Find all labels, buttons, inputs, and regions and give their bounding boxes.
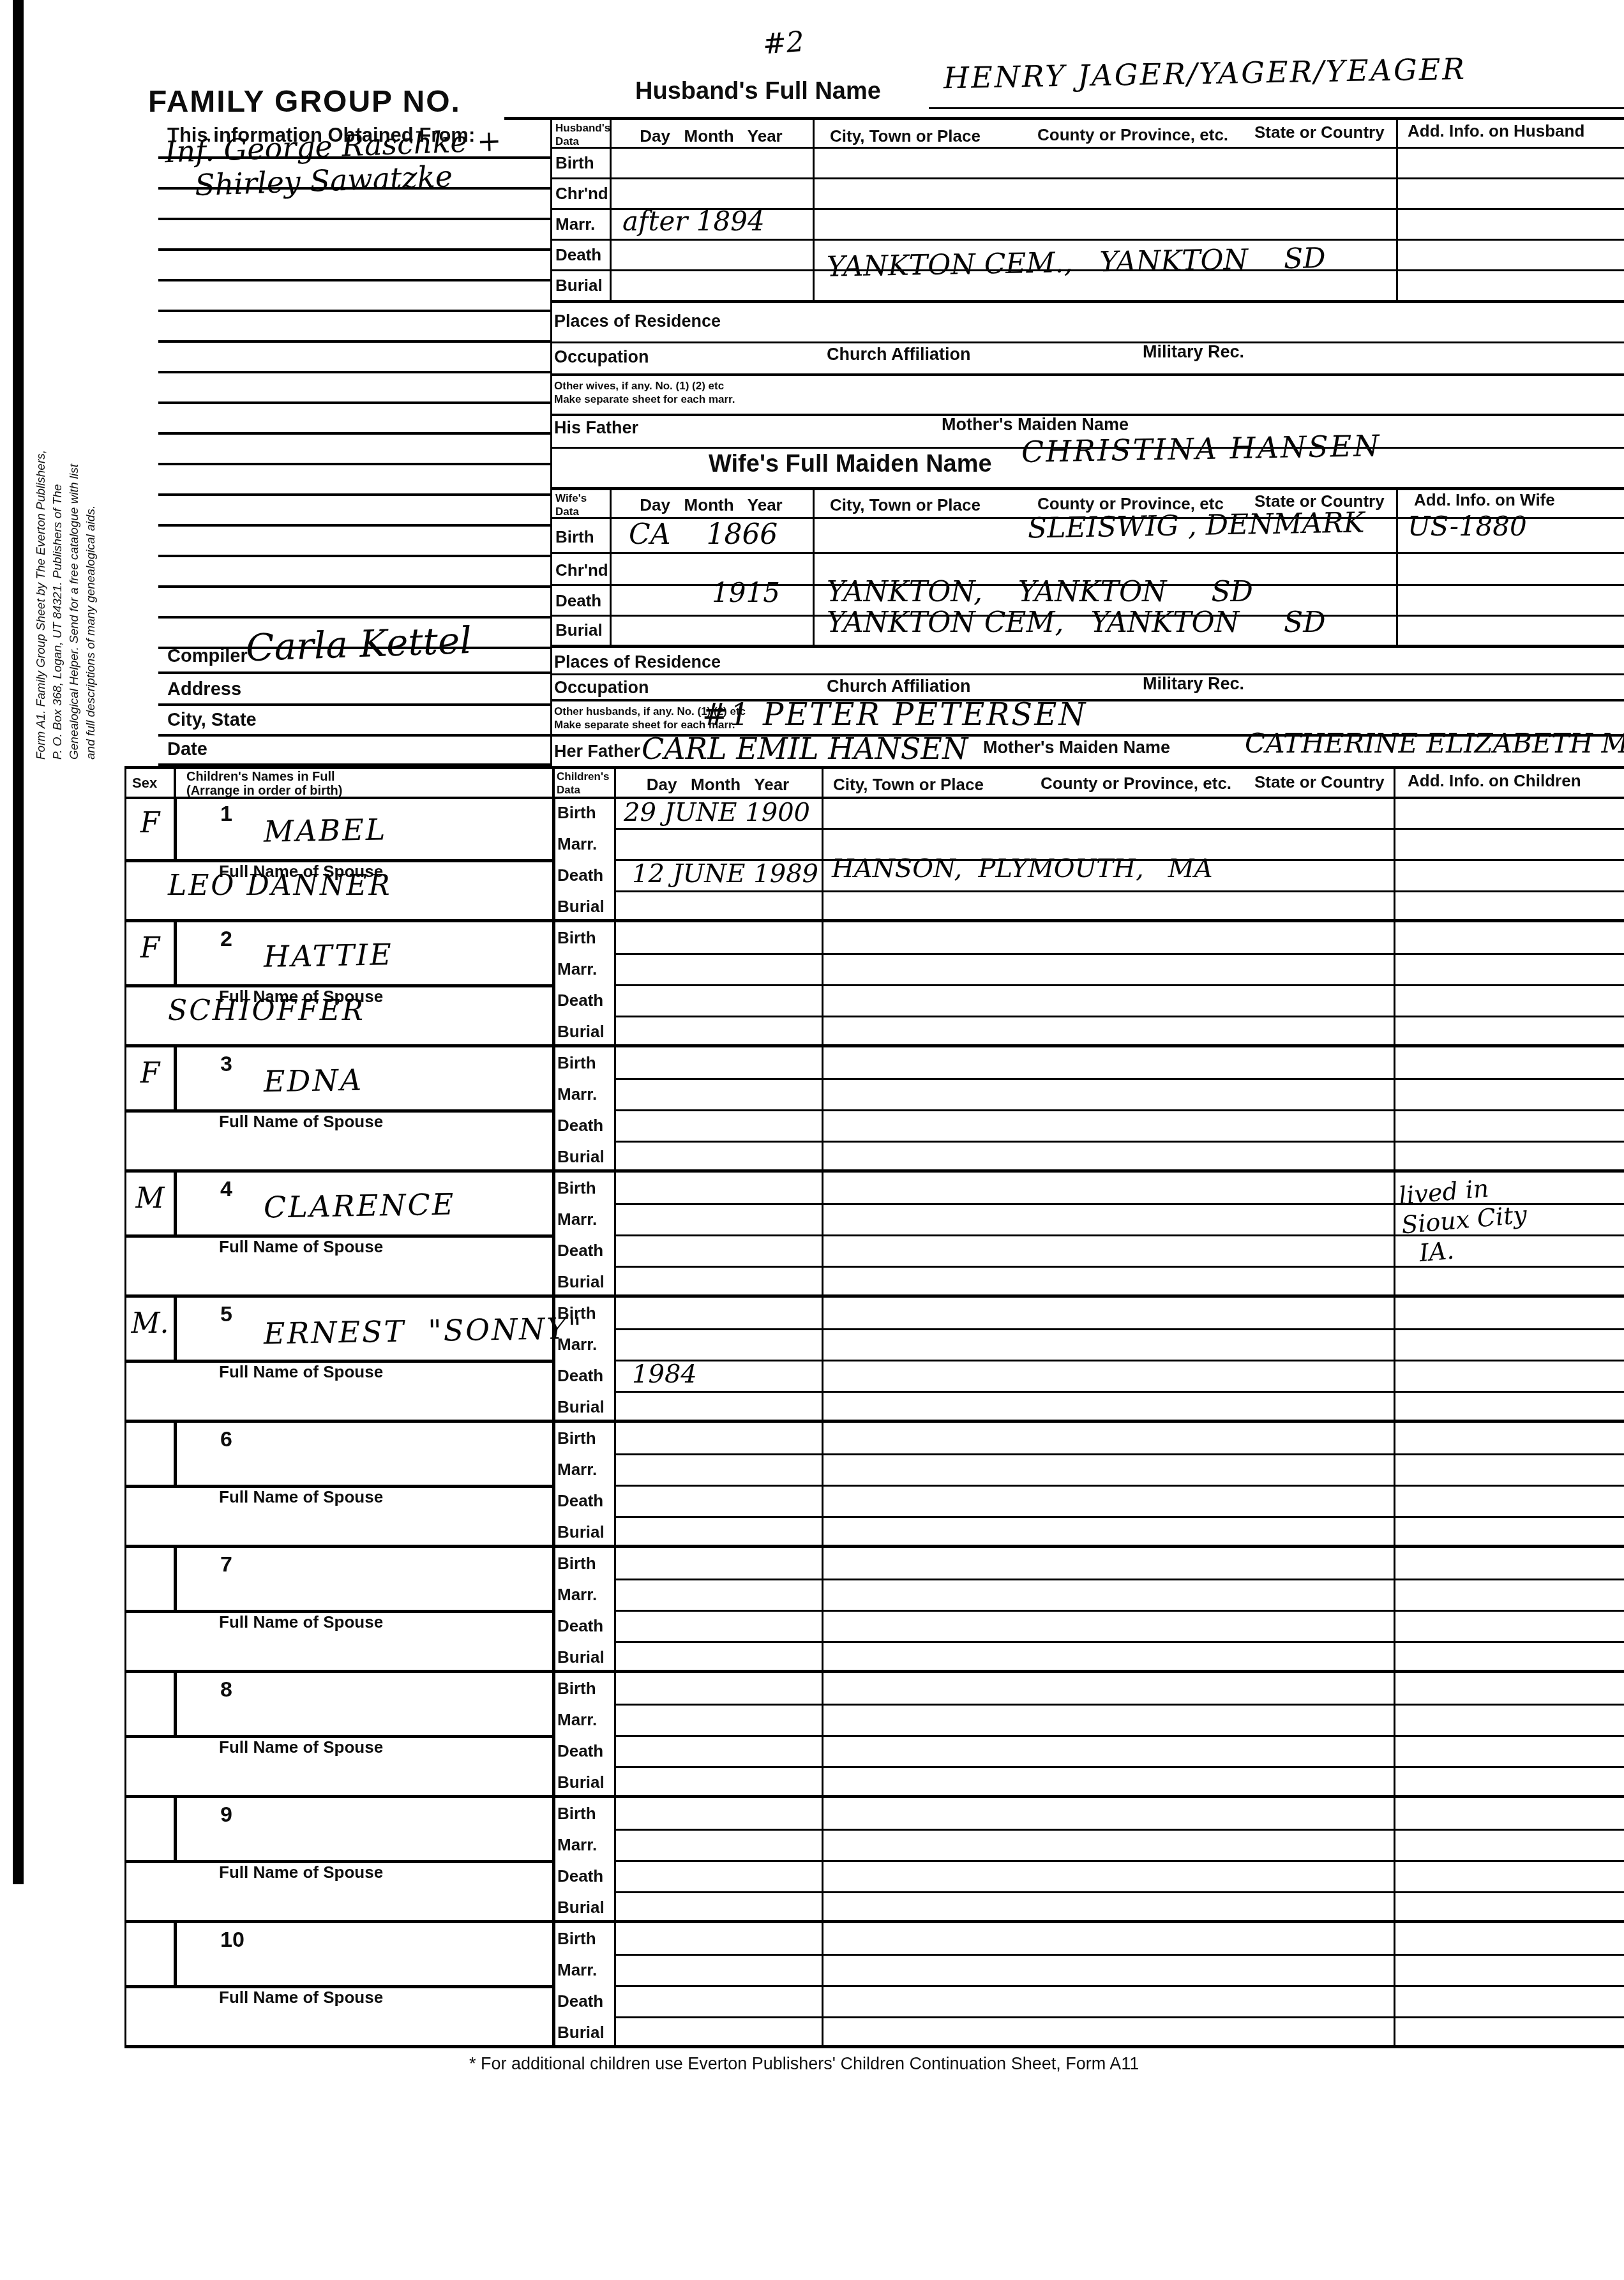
husband-row-birth: Birth (555, 153, 594, 173)
grid-line (124, 766, 1624, 769)
child-number: 6 (220, 1427, 232, 1452)
wife-data-column-label: Wife's Data (555, 491, 587, 518)
grid-line (174, 1297, 177, 1360)
child-row-death-label: Death (557, 866, 616, 885)
grid-line (614, 1860, 1624, 1862)
wife-row-chrnd: Chr'nd (555, 560, 608, 580)
children-col-county: County or Province, etc. (1041, 774, 1231, 793)
wife-mother-label: Mother's Maiden Name (983, 738, 1170, 758)
child-row-birth-label: Birth (557, 1303, 616, 1323)
ruled-line (158, 616, 550, 619)
child-death-date-handwriting: 1984 (632, 1360, 697, 1389)
child-row-marr-label: Marr. (557, 1084, 616, 1104)
husband-row-death: Death (555, 245, 601, 265)
publisher-sidebar: Form A1. Family Group Sheet by The Evert… (33, 377, 100, 760)
grid-line (550, 673, 1624, 675)
grid-line (614, 1485, 1624, 1487)
husband-col-add-info: Add. Info. on Husband (1408, 121, 1584, 141)
child-row-birth-label: Birth (557, 1429, 616, 1448)
ruled-line (158, 585, 550, 588)
sidebar-line: and full descriptions of many genealogic… (83, 377, 100, 760)
grid-line (1394, 766, 1395, 797)
page-title: FAMILY GROUP NO. (148, 84, 461, 119)
grid-line (614, 1109, 1624, 1111)
grid-line (614, 1141, 1624, 1143)
grid-line (174, 797, 177, 859)
spouse-name-handwriting: SCHIOFFER (168, 994, 365, 1027)
husband-military-label: Military Rec. (1143, 342, 1244, 362)
grid-line (614, 1453, 1624, 1455)
child-sex-handwriting: F (131, 1057, 169, 1090)
child-row-burial-label: Burial (557, 1647, 616, 1667)
spouse-name-handwriting: LEO DANNER (168, 869, 392, 902)
grid-line (614, 1891, 1624, 1893)
grid-line (550, 239, 1624, 241)
grid-line (550, 552, 1624, 554)
child-name-handwriting: ERNEST "SONNY" (264, 1311, 584, 1351)
spouse-label: Full Name of Spouse (219, 1612, 383, 1632)
wife-mother-handwriting: CATHERINE ELIZABETH MENG (1245, 728, 1624, 759)
grid-line (614, 1579, 1624, 1580)
grid-line (614, 1641, 1624, 1643)
child-record: M 4 CLARENCE Full Name of Spouse Birth M… (124, 1172, 1624, 1297)
grid-line (614, 984, 1624, 986)
footnote: * For additional children use Everton Pu… (469, 2054, 1139, 2074)
child-row-burial-label: Burial (557, 1773, 616, 1792)
child-death-place-handwriting: HANSON, PLYMOUTH, MA (832, 854, 1213, 883)
child-add-info-handwriting: lived in Sioux City IA. (1397, 1171, 1530, 1270)
grid-line (550, 645, 1624, 648)
grid-line (174, 766, 176, 797)
sidebar-line: P. O. Box 368, Logan, UT 84321. Publishe… (50, 377, 66, 760)
sidebar-line: Form A1. Family Group Sheet by The Evert… (33, 377, 50, 760)
child-row-burial-label: Burial (557, 1022, 616, 1042)
spouse-label: Full Name of Spouse (219, 1487, 383, 1507)
child-sex-handwriting: F (131, 932, 169, 964)
sidebar-line: Genealogical Helper. Send for a free cat… (66, 377, 83, 760)
husband-mother-label: Mother's Maiden Name (942, 415, 1129, 435)
child-record: 8 Full Name of Spouse Birth Marr. Death … (124, 1672, 1624, 1797)
child-row-burial-label: Burial (557, 1272, 616, 1292)
ruled-line (158, 340, 550, 343)
ruled-line (158, 156, 550, 159)
husband-burial-handwriting: YANKTON CEM., YANKTON SD (827, 242, 1326, 283)
wife-col-add-info: Add. Info. on Wife (1414, 490, 1555, 510)
child-number: 2 (220, 927, 232, 952)
grid-line (550, 300, 1624, 303)
grid-line (614, 953, 1624, 955)
wife-col-day-month-year: Day Month Year (610, 495, 813, 515)
child-name-handwriting: EDNA (264, 1063, 364, 1099)
husband-col-county: County or Province, etc. (1037, 125, 1228, 145)
child-row-burial-label: Burial (557, 1147, 616, 1167)
grid-line (550, 147, 1624, 149)
family-group-sheet: Form A1. Family Group Sheet by The Evert… (0, 0, 1624, 2280)
spouse-label: Full Name of Spouse (219, 1737, 383, 1757)
child-number: 1 (220, 802, 232, 827)
child-row-birth-label: Birth (557, 1804, 616, 1824)
child-row-marr-label: Marr. (557, 1210, 616, 1229)
husband-row-burial: Burial (555, 276, 603, 296)
child-number: 5 (220, 1302, 232, 1327)
grid-line (550, 373, 1624, 376)
child-row-marr-label: Marr. (557, 1585, 616, 1605)
husband-col-state: State or Country (1254, 123, 1385, 142)
wife-burial-place-handwriting: YANKTON CEM, YANKTON SD (827, 606, 1326, 639)
ruled-line (158, 218, 550, 220)
city-state-label: City, State (167, 710, 257, 731)
child-row-death-label: Death (557, 1366, 616, 1386)
wife-death-date-handwriting: 1915 (712, 577, 780, 608)
husband-places-label: Places of Residence (554, 311, 721, 331)
child-row-burial-label: Burial (557, 2023, 616, 2043)
child-row-death-label: Death (557, 1741, 616, 1761)
children-col-add-info: Add. Info. on Children (1408, 771, 1581, 791)
date-label: Date (167, 739, 207, 760)
child-row-birth-label: Birth (557, 1554, 616, 1573)
wife-birth-addinfo-handwriting: US-1880 (1408, 511, 1527, 542)
scan-edge-bar (13, 0, 24, 1884)
child-record: 6 Full Name of Spouse Birth Marr. Death … (124, 1422, 1624, 1547)
wife-row-death: Death (555, 591, 601, 611)
child-number: 10 (220, 1928, 244, 1953)
child-row-death-label: Death (557, 1116, 616, 1136)
grid-line (504, 117, 1624, 120)
child-row-marr-label: Marr. (557, 1960, 616, 1980)
husband-name-underline (929, 107, 1624, 109)
wife-row-burial: Burial (555, 620, 603, 640)
child-sex-handwriting: M (131, 1182, 169, 1215)
grid-line (614, 1266, 1624, 1268)
wife-father-label: Her Father (554, 742, 640, 761)
husband-data-column-label: Husband's Data (555, 121, 610, 148)
child-row-birth-label: Birth (557, 1178, 616, 1198)
child-number: 7 (220, 1552, 232, 1577)
ruled-line (158, 671, 550, 674)
grid-line (614, 1766, 1624, 1768)
grid-line (174, 1672, 177, 1735)
grid-line (614, 1985, 1624, 1987)
grid-line (614, 1391, 1624, 1393)
wife-name-handwriting: CHRISTINA HANSEN (1021, 428, 1381, 469)
grid-line (614, 1610, 1624, 1612)
grid-line (174, 1047, 177, 1109)
child-record: 9 Full Name of Spouse Birth Marr. Death … (124, 1797, 1624, 1923)
child-row-burial-label: Burial (557, 1898, 616, 1917)
husband-col-city: City, Town or Place (830, 126, 981, 146)
wife-birth-place-handwriting: SLEISWIG , DENMARK (1028, 506, 1365, 544)
ruled-line (158, 555, 550, 557)
grid-line (614, 1704, 1624, 1706)
grid-line (174, 922, 177, 984)
child-number: 9 (220, 1803, 232, 1827)
grid-line (614, 828, 1624, 830)
child-row-marr-label: Marr. (557, 1460, 616, 1480)
husband-occupation-label: Occupation (554, 347, 649, 367)
ruled-line (158, 493, 550, 496)
child-number: 3 (220, 1052, 232, 1077)
child-record: 10 Full Name of Spouse Birth Marr. Death… (124, 1923, 1624, 2048)
grid-line (614, 1735, 1624, 1737)
ruled-line (158, 401, 550, 404)
wife-birth-date-handwriting: CA 1866 (629, 518, 778, 551)
ruled-line (158, 371, 550, 373)
husband-other-wives-label: Other wives, if any. No. (1) (2) etc Mak… (554, 379, 735, 406)
child-number: 4 (220, 1177, 232, 1202)
children-sex-label: Sex (132, 775, 157, 791)
ruled-line (158, 524, 550, 527)
child-row-marr-label: Marr. (557, 834, 616, 854)
grid-line (174, 1172, 177, 1234)
child-row-death-label: Death (557, 991, 616, 1010)
wife-name-label: Wife's Full Maiden Name (709, 451, 992, 478)
child-row-burial-label: Burial (557, 1522, 616, 1542)
grid-line (550, 177, 1624, 179)
wife-death-place-handwriting: YANKTON, YANKTON SD (827, 576, 1253, 608)
address-label: Address (167, 679, 241, 700)
child-row-death-label: Death (557, 1491, 616, 1511)
grid-line (124, 766, 126, 797)
children-names-label: Children's Names in Full (Arrange in ord… (186, 770, 342, 798)
children-col-day-month-year: Day Month Year (614, 775, 822, 795)
grid-line (614, 1016, 1624, 1017)
grid-line (822, 766, 823, 797)
ruled-line (158, 647, 550, 649)
wife-row-birth: Birth (555, 527, 594, 547)
grid-line (614, 1516, 1624, 1518)
child-row-death-label: Death (557, 1616, 616, 1636)
child-record: 7 Full Name of Spouse Birth Marr. Death … (124, 1547, 1624, 1672)
spouse-label: Full Name of Spouse (219, 1988, 383, 2007)
grid-line (1396, 487, 1398, 645)
ruled-line (158, 432, 550, 435)
wife-places-label: Places of Residence (554, 652, 721, 672)
wife-church-label: Church Affiliation (827, 677, 970, 696)
grid-line (614, 1954, 1624, 1956)
child-row-birth-label: Birth (557, 1679, 616, 1699)
grid-line (174, 1422, 177, 1485)
child-row-birth-label: Birth (557, 928, 616, 948)
child-row-birth-label: Birth (557, 1929, 616, 1949)
child-row-marr-label: Marr. (557, 1335, 616, 1354)
grid-line (614, 1078, 1624, 1080)
children-col-state: State or Country (1254, 772, 1385, 792)
child-row-marr-label: Marr. (557, 1835, 616, 1855)
grid-line (124, 2045, 1624, 2048)
ruled-line (158, 703, 550, 706)
grid-line (550, 341, 1624, 343)
spouse-label: Full Name of Spouse (219, 1237, 383, 1257)
child-row-birth-label: Birth (557, 803, 616, 823)
child-record: M. 5 ERNEST "SONNY" Full Name of Spouse … (124, 1297, 1624, 1422)
child-name-handwriting: HATTIE (264, 937, 394, 974)
grid-line (174, 1923, 177, 1985)
wife-other-husbands-handwriting: #1 PETER PETERSEN (702, 697, 1087, 733)
husband-col-day-month-year: Day Month Year (610, 126, 813, 146)
child-row-marr-label: Marr. (557, 1710, 616, 1730)
husband-church-label: Church Affiliation (827, 345, 970, 364)
child-record: F 1 MABEL Full Name of Spouse LEO DANNER… (124, 797, 1624, 922)
wife-occupation-label: Occupation (554, 678, 649, 698)
grid-line (614, 1829, 1624, 1831)
grid-line (550, 117, 552, 766)
compiler-handwriting: Carla Kettel (245, 619, 472, 670)
grid-line (813, 487, 815, 645)
child-name-handwriting: MABEL (264, 812, 387, 848)
children-col-city: City, Town or Place (833, 775, 984, 795)
wife-military-label: Military Rec. (1143, 674, 1244, 694)
child-row-burial-label: Burial (557, 897, 616, 917)
ruled-line (158, 310, 550, 312)
child-death-date-handwriting: 12 JUNE 1989 (632, 859, 818, 889)
child-row-death-label: Death (557, 1991, 616, 2011)
husband-row-chrnd: Chr'nd (555, 184, 608, 204)
child-birth-date-handwriting: 29 JUNE 1900 (624, 798, 810, 827)
ruled-line (158, 734, 550, 737)
grid-line (614, 1328, 1624, 1330)
spouse-label: Full Name of Spouse (219, 1863, 383, 1882)
child-record: F 2 HATTIE Full Name of Spouse SCHIOFFER… (124, 922, 1624, 1047)
wife-col-city: City, Town or Place (830, 495, 981, 515)
child-name-handwriting: CLARENCE (264, 1187, 456, 1224)
grid-line (174, 1547, 177, 1610)
ruled-line (158, 463, 550, 465)
children-data-column-label: Children's Data (557, 770, 609, 797)
husband-father-label: His Father (554, 418, 638, 438)
child-row-marr-label: Marr. (557, 959, 616, 979)
husband-name-handwriting: HENRY JAGER/YAGER/YEAGER (944, 52, 1467, 95)
child-row-birth-label: Birth (557, 1053, 616, 1073)
husband-row-marr: Marr. (555, 214, 595, 234)
wife-father-handwriting: CARL EMIL HANSEN (642, 731, 968, 766)
spouse-label: Full Name of Spouse (219, 1362, 383, 1382)
husband-name-label: Husband's Full Name (635, 78, 881, 105)
page-number-handwriting: #2 (762, 26, 805, 61)
child-row-death-label: Death (557, 1241, 616, 1261)
grid-line (614, 2016, 1624, 2018)
spouse-label: Full Name of Spouse (219, 1112, 383, 1132)
grid-line (174, 1797, 177, 1860)
grid-line (552, 766, 555, 797)
child-record: F 3 EDNA Full Name of Spouse Birth Marr.… (124, 1047, 1624, 1172)
grid-line (614, 1360, 1624, 1361)
ruled-line (158, 279, 550, 281)
grid-line (614, 890, 1624, 892)
ruled-line (158, 248, 550, 251)
child-row-burial-label: Burial (557, 1397, 616, 1417)
child-number: 8 (220, 1677, 232, 1702)
husband-marriage-handwriting: after 1894 (622, 206, 765, 237)
child-sex-handwriting: F (131, 807, 169, 839)
ruled-line (158, 187, 550, 190)
child-sex-handwriting: M. (131, 1307, 169, 1340)
child-row-death-label: Death (557, 1866, 616, 1886)
